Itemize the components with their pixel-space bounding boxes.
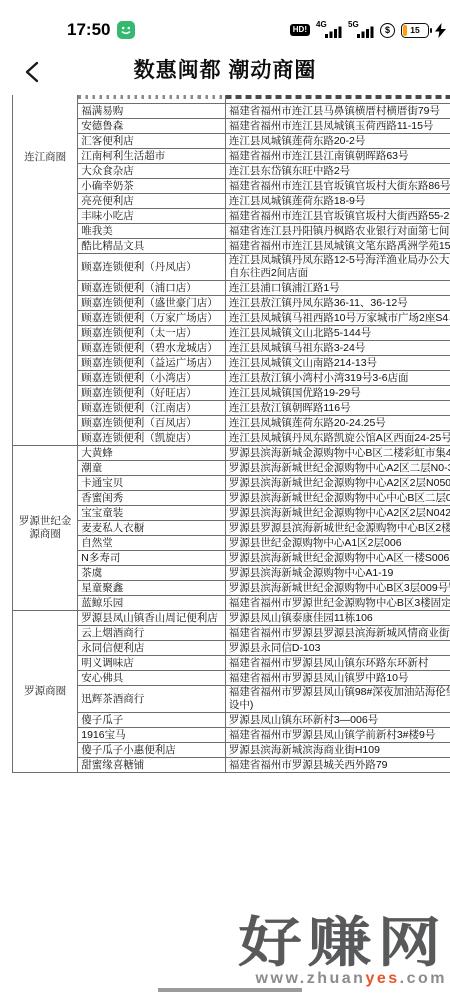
store-name-cell: 1916宝马	[78, 728, 226, 743]
table-row: 星童聚鑫罗源县滨海新城世纪金源购物中心B区3层009号铺	[13, 581, 450, 596]
table-row: 安心佛具福建省福州市罗源县凤山镇罗中路10号	[13, 671, 450, 686]
nav-bar: 数惠闽都 潮动商圈	[0, 52, 450, 94]
store-address-cell: 罗源县滨海新城金源购物中心B区二楼彩虹市集45号	[225, 446, 450, 461]
store-address-cell: 福建省福州市连江县马鼻镇横厝村横厝街79号	[225, 104, 450, 119]
store-address-cell: 罗源县滨海新城金源购物中心A1-19	[225, 566, 450, 581]
table-row: 顾嘉连锁便利（益运广场店）连江县凤城镇文山南路214-13号	[13, 356, 450, 371]
store-name-cell: 星童聚鑫	[78, 581, 226, 596]
store-name-cell: 顾嘉连锁便利（江南店）	[78, 401, 226, 416]
table-row: 江南柯利生活超市福建省福州市连江县江南镇朝晖路63号	[13, 149, 450, 164]
data-saver-icon: $	[380, 23, 395, 38]
store-address-cell: 连江县凤城镇莲荷东路18-9号	[225, 194, 450, 209]
store-name-cell: 大众食杂店	[78, 164, 226, 179]
store-address-cell: 福建省福州市罗源世纪金源购物中心B区3楼固定铺位17	[225, 596, 450, 611]
store-name-cell: 罗源县凤山镇香山周记便利店	[78, 611, 226, 626]
store-name-cell: 迅辉茶酒商行	[78, 686, 226, 713]
table-row: 小确幸奶茶福建省福州市连江县官坂镇官坂村大街东路86号	[13, 179, 450, 194]
store-address-cell	[225, 95, 450, 104]
store-name-cell: 安德鲁森	[78, 119, 226, 134]
store-name-cell: 丰味小吃店	[78, 209, 226, 224]
table-row: 卡通宝贝罗源县滨海新城世纪金源购物中心A2区2层N050	[13, 476, 450, 491]
table-row: 宝宝童装罗源县滨海新城世纪金源购物中心A2区2层N042号	[13, 506, 450, 521]
store-address-cell: 连江县凤城镇丹凤东路凯旋公馆A区西面24-25号店面	[225, 431, 450, 446]
store-address-cell: 连江县凤城镇丹凤东路12-5号海洋渔业局办公大楼1层店面自东往西2间店面	[225, 254, 450, 281]
store-address-cell: 福建省福州市连江县官坂镇官坂村大街东路86号	[225, 179, 450, 194]
store-name-cell: 顾嘉连锁便利（万家广场店）	[78, 311, 226, 326]
store-address-cell: 罗源县滨海新城世纪金源购物中心A2区2层N042号	[225, 506, 450, 521]
store-name-cell: 亮亮便利店	[78, 194, 226, 209]
store-name-cell: 云上烟酒商行	[78, 626, 226, 641]
table-row: 安德鲁森福建省福州市连江县凤城镇玉荷西路11-15号	[13, 119, 450, 134]
page-title: 数惠闽都 潮动商圈	[0, 54, 450, 84]
store-address-cell: 福建省福州市连江县官坂镇官坂村大街西路55-2号	[225, 209, 450, 224]
table-row: 迅辉茶酒商行福建省福州市罗源县凤山镇98#深夜加油站海伦堡观山府(建设中)	[13, 686, 450, 713]
table-row: 顾嘉连锁便利（浦口店）连江县浦口镇浦江路1号	[13, 281, 450, 296]
store-address-cell: 福建省福州市罗源县凤山镇98#深夜加油站海伦堡观山府(建设中)	[225, 686, 450, 713]
store-address-cell: 罗源县滨海新城滨海商业街H109	[225, 743, 450, 758]
store-address-cell: 福建省福州市罗源县凤山镇学前新村3#楼9号	[225, 728, 450, 743]
table-row: 傻子瓜子小惠便利店罗源县滨海新城滨海商业街H109	[13, 743, 450, 758]
screen: 17:50 HD! 4G 5G	[0, 0, 450, 1000]
table-row: 自然堂罗源县世纪金源购物中心A1区2层006	[13, 536, 450, 551]
table-row: 唯我美福建省连江县丹阳镇丹枫路农业银行对面第七间	[13, 224, 450, 239]
table-row: 汇客便利店连江县凤城镇莲荷东路20-2号	[13, 134, 450, 149]
store-address-cell: 连江县东岱镇东旺中路2号	[225, 164, 450, 179]
store-address-cell: 罗源县滨海新城世纪金源购物中心A区一楼S006	[225, 551, 450, 566]
app-notification-icon	[117, 21, 135, 39]
store-address-cell: 罗源县滨海新城世纪金源购物中心中心B区二层039号铺	[225, 491, 450, 506]
store-address-cell: 罗源县凤山镇东环新村3—006号	[225, 713, 450, 728]
store-name-cell: 明义调味店	[78, 656, 226, 671]
store-name-cell: 香蜜闺秀	[78, 491, 226, 506]
store-name-cell: 顾嘉连锁便利（丹凤店）	[78, 254, 226, 281]
table-row: 酷比精品文具福建省福州市连江县凤城镇文笔东路禹洲学苑15幢9店铺	[13, 239, 450, 254]
table-viewport: 连江商圈福满易购福建省福州市连江县马鼻镇横厝村横厝街79号安德鲁森福建省福州市连…	[12, 95, 450, 775]
store-name-cell: 潮童	[78, 461, 226, 476]
store-name-cell: 顾嘉连锁便利（百凤店）	[78, 416, 226, 431]
store-address-cell: 连江县凤城镇莲荷东路20-2号	[225, 134, 450, 149]
store-name-cell: 顾嘉连锁便利（小湾店）	[78, 371, 226, 386]
store-name-cell: 汇客便利店	[78, 134, 226, 149]
store-address-cell: 福建省福州市罗源县凤山镇罗中路10号	[225, 671, 450, 686]
store-name-cell: 麦麦私人衣橱	[78, 521, 226, 536]
table-row: 顾嘉连锁便利（丹凤店）连江县凤城镇丹凤东路12-5号海洋渔业局办公大楼1层店面自…	[13, 254, 450, 281]
status-icons: HD! 4G 5G $	[290, 22, 446, 38]
store-address-cell: 连江县敖江镇丹凤东路36-11、36-12号	[225, 296, 450, 311]
store-table: 连江商圈福满易购福建省福州市连江县马鼻镇横厝村横厝街79号安德鲁森福建省福州市连…	[12, 95, 450, 773]
table-row: 潮童罗源县滨海新城世纪金源购物中心A2区二层N0-34号	[13, 461, 450, 476]
store-address-cell: 连江县凤城镇国优路19-29号	[225, 386, 450, 401]
table-row: 福满易购福建省福州市连江县马鼻镇横厝村横厝街79号	[13, 104, 450, 119]
store-name-cell: 卡通宝贝	[78, 476, 226, 491]
table-row: 1916宝马福建省福州市罗源县凤山镇学前新村3#楼9号	[13, 728, 450, 743]
store-name-cell: 江南柯利生活超市	[78, 149, 226, 164]
store-address-cell: 福建省福州市连江县凤城镇文笔东路禹洲学苑15幢9店铺	[225, 239, 450, 254]
store-address-cell: 罗源县罗源县滨海新城世纪金源购物中心B区2楼046号	[225, 521, 450, 536]
charging-bolt-icon	[435, 23, 446, 38]
store-address-cell: 连江县浦口镇浦江路1号	[225, 281, 450, 296]
store-address-cell: 连江县敖江镇朝晖路116号	[225, 401, 450, 416]
table-row: 顾嘉连锁便利（百凤店）连江县凤城镇莲荷东路20-24.25号	[13, 416, 450, 431]
store-address-cell: 连江县凤城镇马祖西路10号万家城市广场2座S4单元	[225, 311, 450, 326]
table-row: 云上烟酒商行福建省福州市罗源县罗源县滨海新城风情商业街B3-36、37	[13, 626, 450, 641]
clock: 17:50	[67, 20, 110, 40]
store-address-cell: 福建省连江县丹阳镇丹枫路农业银行对面第七间	[225, 224, 450, 239]
district-cell: 罗源商圈	[13, 611, 78, 773]
store-name-cell: N多寿司	[78, 551, 226, 566]
status-bar: 17:50 HD! 4G 5G	[0, 0, 450, 50]
store-name-cell: 傻子瓜子	[78, 713, 226, 728]
watermark-underline	[158, 988, 302, 992]
store-name-cell: 顾嘉连锁便利（太一店）	[78, 326, 226, 341]
table-row: 傻子瓜子罗源县凤山镇东环新村3—006号	[13, 713, 450, 728]
watermark-brand: 好赚网	[93, 918, 447, 968]
table-row: 永同信便利店罗源县永同信D-103	[13, 641, 450, 656]
table-row: 香蜜闺秀罗源县滨海新城世纪金源购物中心中心B区二层039号铺	[13, 491, 450, 506]
table-row: 大众食杂店连江县东岱镇东旺中路2号	[13, 164, 450, 179]
district-cell: 连江商圈	[13, 95, 78, 446]
table-row: 顾嘉连锁便利（盛世豪门店）连江县敖江镇丹凤东路36-11、36-12号	[13, 296, 450, 311]
store-address-cell: 福建省福州市连江县凤城镇玉荷西路11-15号	[225, 119, 450, 134]
table-row: 顾嘉连锁便利（小湾店）连江县敖江镇小湾村小湾319号3-6店面	[13, 371, 450, 386]
table-row: 亮亮便利店连江县凤城镇莲荷东路18-9号	[13, 194, 450, 209]
store-address-cell: 连江县敖江镇小湾村小湾319号3-6店面	[225, 371, 450, 386]
store-address-cell: 福建省福州市罗源县凤山镇东环路东环新村	[225, 656, 450, 671]
table-row: 顾嘉连锁便利（碧水龙城店）连江县凤城镇马祖东路3-24号	[13, 341, 450, 356]
table-row: N多寿司罗源县滨海新城世纪金源购物中心A区一楼S006	[13, 551, 450, 566]
store-name-cell: 大黄蜂	[78, 446, 226, 461]
store-name-cell: 茶虞	[78, 566, 226, 581]
store-name-cell: 安心佛具	[78, 671, 226, 686]
table-row: 茶虞罗源县滨海新城金源购物中心A1-19	[13, 566, 450, 581]
cut-off-row: 连江商圈	[13, 95, 450, 104]
store-address-cell: 罗源县滨海新城世纪金源购物中心A2区2层N050	[225, 476, 450, 491]
table-row: 罗源世纪金源商圈大黄蜂罗源县滨海新城金源购物中心B区二楼彩虹市集45号	[13, 446, 450, 461]
store-address-cell: 福建省福州市连江县江南镇朝晖路63号	[225, 149, 450, 164]
table-row: 明义调味店福建省福州市罗源县凤山镇东环路东环新村	[13, 656, 450, 671]
store-name-cell: 顾嘉连锁便利（盛世豪门店）	[78, 296, 226, 311]
store-name-cell: 酷比精品文具	[78, 239, 226, 254]
store-address-cell: 罗源县世纪金源购物中心A1区2层006	[225, 536, 450, 551]
store-address-cell: 罗源县永同信D-103	[225, 641, 450, 656]
table-row: 顾嘉连锁便利（好旺店）连江县凤城镇国优路19-29号	[13, 386, 450, 401]
table-row: 麦麦私人衣橱罗源县罗源县滨海新城世纪金源购物中心B区2楼046号	[13, 521, 450, 536]
table-row: 顾嘉连锁便利（凯旋店）连江县凤城镇丹凤东路凯旋公馆A区西面24-25号店面	[13, 431, 450, 446]
store-address-cell: 连江县凤城镇马祖东路3-24号	[225, 341, 450, 356]
battery-icon: 15	[401, 23, 429, 38]
store-name-cell: 自然堂	[78, 536, 226, 551]
table-row: 罗源商圈罗源县凤山镇香山周记便利店罗源县凤山镇泰康佳园11栋106	[13, 611, 450, 626]
store-name-cell: 福满易购	[78, 104, 226, 119]
store-address-cell: 罗源县滨海新城世纪金源购物中心A2区二层N0-34号	[225, 461, 450, 476]
store-name-cell: 永同信便利店	[78, 641, 226, 656]
store-name-cell: 蓝鲸乐园	[78, 596, 226, 611]
store-name-cell: 顾嘉连锁便利（好旺店）	[78, 386, 226, 401]
store-name-cell: 甜蜜缘喜糖铺	[78, 758, 226, 773]
table-row: 蓝鲸乐园福建省福州市罗源世纪金源购物中心B区3楼固定铺位17	[13, 596, 450, 611]
store-address-cell: 福建省福州市罗源县城关西外路79	[225, 758, 450, 773]
store-name-cell: 顾嘉连锁便利（碧水龙城店）	[78, 341, 226, 356]
smiley-glyph	[117, 21, 135, 39]
table-row: 顾嘉连锁便利（江南店）连江县敖江镇朝晖路116号	[13, 401, 450, 416]
table-row: 顾嘉连锁便利（万家广场店）连江县凤城镇马祖西路10号万家城市广场2座S4单元	[13, 311, 450, 326]
store-address-cell: 福建省福州市罗源县罗源县滨海新城风情商业街B3-36、37	[225, 626, 450, 641]
table-row: 丰味小吃店福建省福州市连江县官坂镇官坂村大街西路55-2号	[13, 209, 450, 224]
store-name-cell: 唯我美	[78, 224, 226, 239]
signal-5g-icon: 5G	[348, 22, 374, 38]
store-name-cell: 小确幸奶茶	[78, 179, 226, 194]
table-row: 甜蜜缘喜糖铺福建省福州市罗源县城关西外路79	[13, 758, 450, 773]
watermark: 好赚网 www.zhuanyes.com	[147, 918, 447, 988]
store-address-cell: 连江县凤城镇莲荷东路20-24.25号	[225, 416, 450, 431]
store-name-cell: 顾嘉连锁便利（凯旋店）	[78, 431, 226, 446]
store-address-cell: 连江县凤城镇文山北路5-144号	[225, 326, 450, 341]
store-name-cell: 顾嘉连锁便利（益运广场店）	[78, 356, 226, 371]
store-address-cell: 连江县凤城镇文山南路214-13号	[225, 356, 450, 371]
hd-volte-icon: HD!	[290, 24, 310, 36]
store-address-cell: 罗源县凤山镇泰康佳园11栋106	[225, 611, 450, 626]
district-cell: 罗源世纪金源商圈	[13, 446, 78, 611]
store-name-cell: 顾嘉连锁便利（浦口店）	[78, 281, 226, 296]
signal-4g-icon: 4G	[316, 22, 342, 38]
store-address-cell: 罗源县滨海新城世纪金源购物中心B区3层009号铺	[225, 581, 450, 596]
battery-fill	[403, 25, 407, 36]
store-name-cell: 傻子瓜子小惠便利店	[78, 743, 226, 758]
table-row: 顾嘉连锁便利（太一店）连江县凤城镇文山北路5-144号	[13, 326, 450, 341]
store-name-cell	[78, 95, 226, 104]
store-name-cell: 宝宝童装	[78, 506, 226, 521]
